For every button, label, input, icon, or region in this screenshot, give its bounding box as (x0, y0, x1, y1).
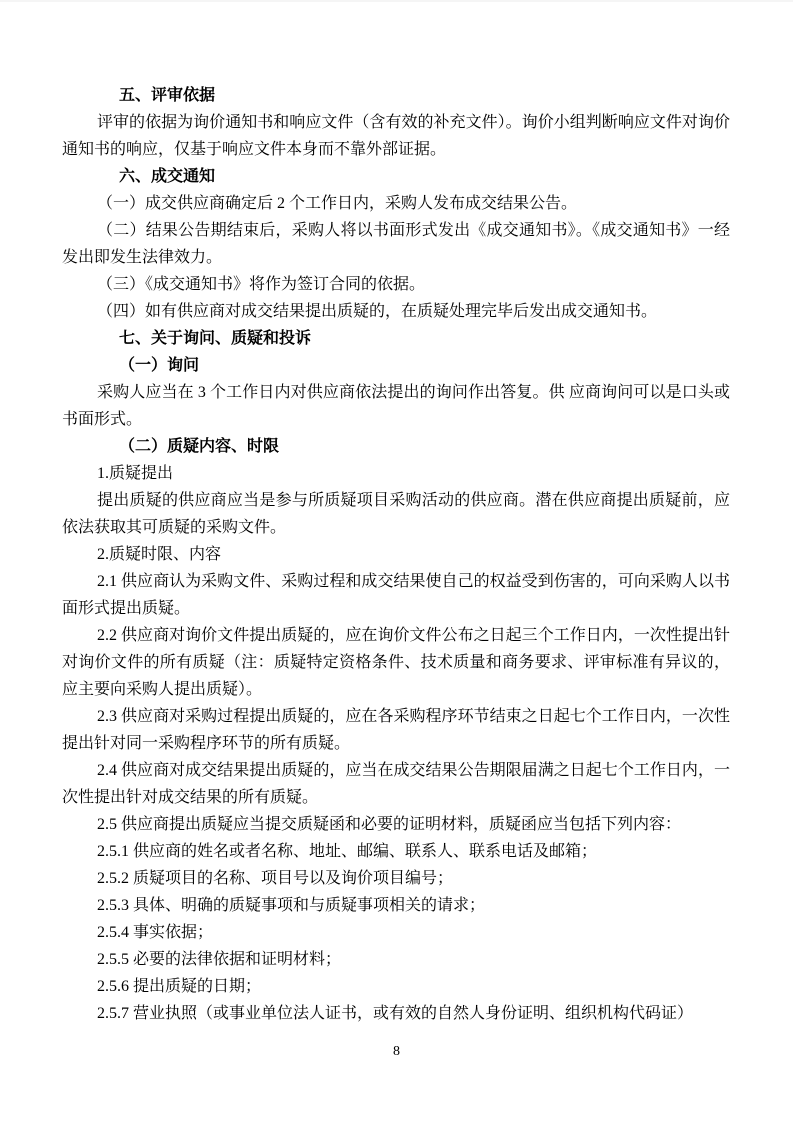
paragraph: 2.2 供应商对询价文件提出质疑的，应在询价文件公布之日起三个工作日内，一次性提… (62, 622, 730, 703)
paragraph: （一）成交供应商确定后 2 个工作日内，采购人发布成交结果公告。 (62, 190, 730, 217)
paragraph: 2.5.4 事实依据； (62, 919, 730, 946)
page-footer: 8 (0, 1042, 793, 1060)
paragraph: 1.质疑提出 (62, 460, 730, 487)
paragraph: 采购人应当在 3 个工作日内对供应商依法提出的询问作出答复。供 应商询问可以是口… (62, 379, 730, 433)
paragraph: 2.5 供应商提出质疑应当提交质疑函和必要的证明材料，质疑函应当包括下列内容： (62, 811, 730, 838)
paragraph: 提出质疑的供应商应当是参与所质疑项目采购活动的供应商。潜在供应商提出质疑前，应依… (62, 487, 730, 541)
paragraph: 2.5.5 必要的法律依据和证明材料； (62, 946, 730, 973)
section-heading: 六、成交通知 (62, 163, 730, 190)
page-number: 8 (393, 1044, 400, 1059)
document-body: 五、评审依据评审的依据为询价通知书和响应文件（含有效的补充文件）。询价小组判断响… (0, 2, 793, 1027)
paragraph: 2.5.3 具体、明确的质疑事项和与质疑事项相关的请求； (62, 892, 730, 919)
paragraph: 2.质疑时限、内容 (62, 541, 730, 568)
section-heading: 七、关于询问、质疑和投诉 (62, 325, 730, 352)
paragraph: 2.5.6 提出质疑的日期； (62, 973, 730, 1000)
paragraph: 2.1 供应商认为采购文件、采购过程和成交结果使自己的权益受到伤害的，可向采购人… (62, 568, 730, 622)
paragraph: （四）如有供应商对成交结果提出质疑的，在质疑处理完毕后发出成交通知书。 (62, 298, 730, 325)
sub-section-heading: （一）询问 (62, 352, 730, 379)
paragraph: 2.5.1 供应商的姓名或者名称、地址、邮编、联系人、联系电话及邮箱； (62, 838, 730, 865)
paragraph: 评审的依据为询价通知书和响应文件（含有效的补充文件）。询价小组判断响应文件对询价… (62, 109, 730, 163)
paragraph: 2.3 供应商对采购过程提出质疑的，应在各采购程序环节结束之日起七个工作日内，一… (62, 703, 730, 757)
document-page: 五、评审依据评审的依据为询价通知书和响应文件（含有效的补充文件）。询价小组判断响… (0, 0, 793, 1122)
paragraph: 2.5.7 营业执照（或事业单位法人证书，或有效的自然人身份证明、组织机构代码证… (62, 1000, 730, 1027)
paragraph: 2.5.2 质疑项目的名称、项目号以及询价项目编号； (62, 865, 730, 892)
section-heading: 五、评审依据 (62, 82, 730, 109)
paragraph: （二）结果公告期结束后，采购人将以书面形式发出《成交通知书》。《成交通知书》一经… (62, 217, 730, 271)
paragraph: （三）《成交通知书》将作为签订合同的依据。 (62, 271, 730, 298)
paragraph: 2.4 供应商对成交结果提出质疑的，应当在成交结果公告期限届满之日起七个工作日内… (62, 757, 730, 811)
sub-section-heading: （二）质疑内容、时限 (62, 433, 730, 460)
